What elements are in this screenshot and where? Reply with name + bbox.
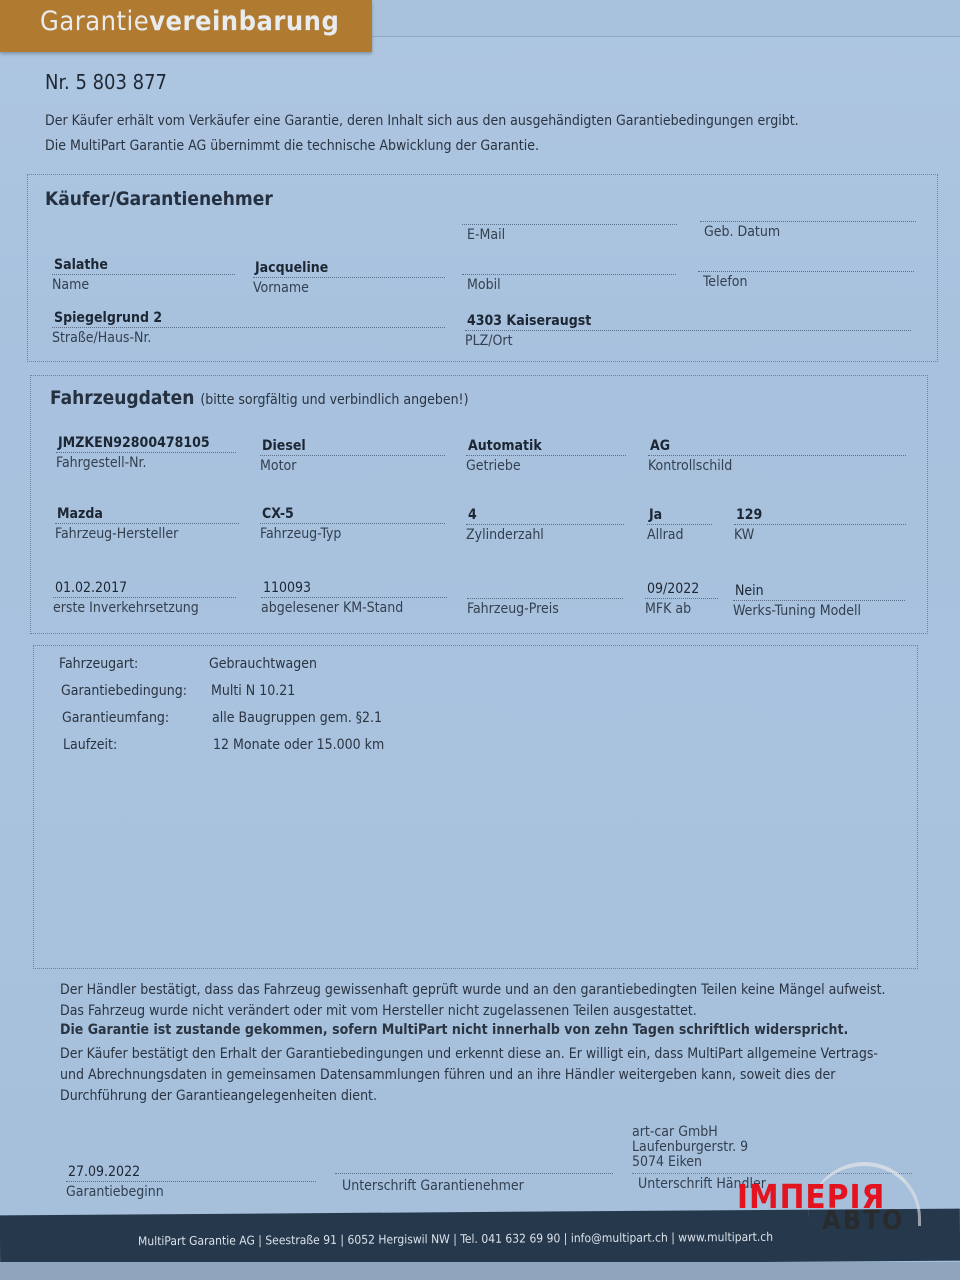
birthdate-field[interactable]: Geb. Datum <box>700 203 916 240</box>
city-field[interactable]: 4303 Kaiseraugst PLZ/Ort <box>465 312 911 349</box>
watermark-logo-sub: АВТО <box>822 1205 905 1236</box>
cylinders-field[interactable]: 4 Zylinderzahl <box>466 506 624 543</box>
terms-buyer-consent: Der Käufer bestätigt den Erhalt der Gara… <box>60 1044 890 1107</box>
warranty-row-scope: Garantieumfang:alle Baugruppen gem. §2.1 <box>62 710 382 726</box>
mileage-field[interactable]: 110093 abgelesener KM-Stand <box>261 579 447 616</box>
title-bold: vereinbarung <box>149 6 339 37</box>
header-strip <box>372 0 960 37</box>
vin-field[interactable]: JMZKEN92800478105 Fahrgestell-Nr. <box>56 434 236 471</box>
intro-line-2: Die MultiPart Garantie AG übernimmt die … <box>45 138 539 154</box>
terms-dealer-confirmation: Der Händler bestätigt, dass das Fahrzeug… <box>60 980 900 1022</box>
mfk-field[interactable]: 09/2022 MFK ab <box>645 580 718 617</box>
bottom-strip <box>0 1262 960 1280</box>
title-light: Garantie <box>40 6 149 37</box>
firstname-field[interactable]: Jacqueline Vorname <box>253 259 445 296</box>
maker-field[interactable]: Mazda Fahrzeug-Hersteller <box>55 505 239 542</box>
name-field[interactable]: Salathe Name <box>52 256 235 293</box>
awd-field[interactable]: Ja Allrad <box>647 506 712 543</box>
type-field[interactable]: CX-5 Fahrzeug-Typ <box>260 505 445 542</box>
warranty-row-condition: Garantiebedingung:Multi N 10.21 <box>61 683 295 699</box>
gearbox-field[interactable]: Automatik Getriebe <box>466 437 626 474</box>
warranty-start-field[interactable]: 27.09.2022 Garantiebeginn <box>66 1163 316 1200</box>
buyer-title: Käufer/Garantienehmer <box>45 188 273 210</box>
warranty-row-duration: Laufzeit:12 Monate oder 15.000 km <box>63 737 384 753</box>
buyer-signature-field[interactable]: Unterschrift Garantienehmer <box>335 1155 613 1194</box>
tuning-field[interactable]: Nein Werks-Tuning Modell <box>733 582 905 619</box>
email-field[interactable]: E-Mail <box>462 206 677 243</box>
page-title: Garantievereinbarung <box>40 6 339 37</box>
street-field[interactable]: Spiegelgrund 2 Straße/Haus-Nr. <box>52 309 445 346</box>
kw-field[interactable]: 129 KW <box>734 506 906 543</box>
vehicle-title: Fahrzeugdaten (bitte sorgfältig und verb… <box>50 387 469 409</box>
vehicle-subtitle: (bitte sorgfältig und verbindlich angebe… <box>200 392 468 408</box>
phone-field[interactable]: Telefon <box>698 253 914 290</box>
document-number: Nr. 5 803 877 <box>45 70 167 94</box>
price-field[interactable]: Fahrzeug-Preis <box>467 580 623 617</box>
first-registration-field[interactable]: 01.02.2017 erste Inverkehrsetzung <box>53 579 236 616</box>
mobile-field[interactable]: Mobil <box>462 256 676 293</box>
plate-field[interactable]: AG Kontrollschild <box>648 437 906 474</box>
intro-line-1: Der Käufer erhält vom Verkäufer eine Gar… <box>45 113 799 129</box>
terms-bold-notice: Die Garantie ist zustande gekommen, sofe… <box>60 1020 900 1041</box>
engine-field[interactable]: Diesel Motor <box>260 437 445 474</box>
warranty-row-vehicle-type: Fahrzeugart:Gebrauchtwagen <box>59 656 317 672</box>
